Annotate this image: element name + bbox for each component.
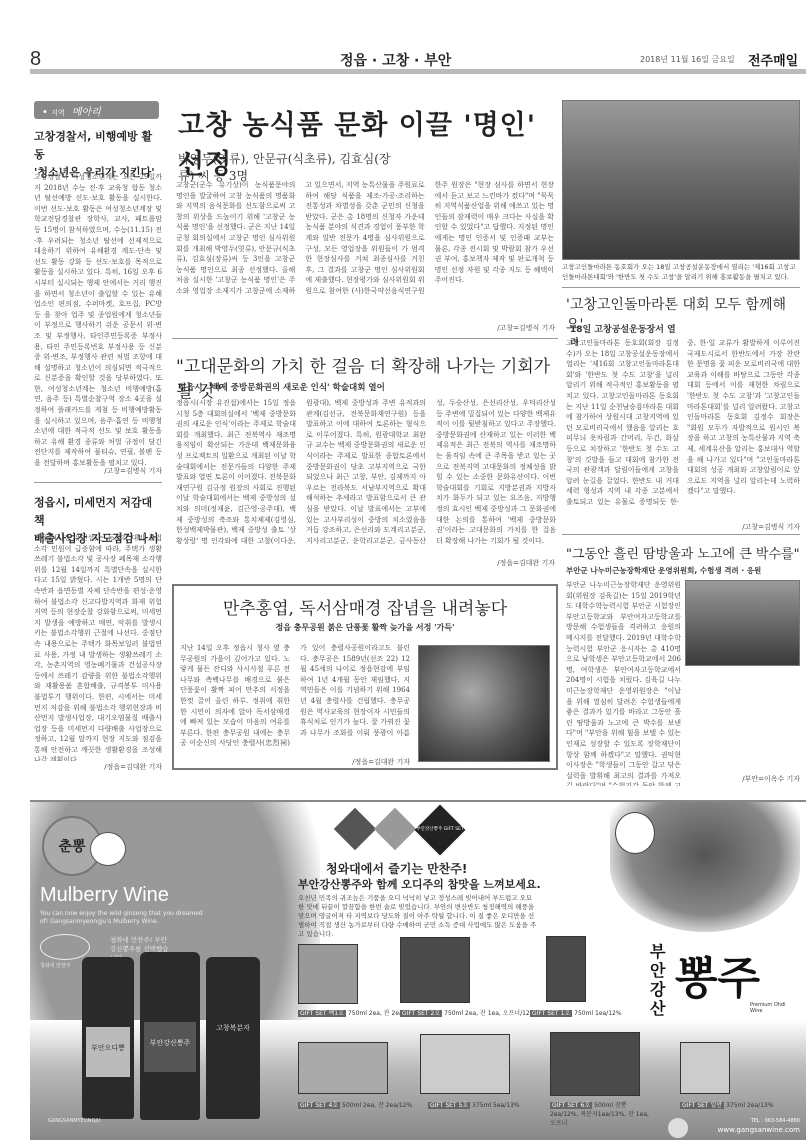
scholarship-article-body-cont [685,672,800,782]
scholarship-subheadline: 부안군 나누미근농장학재단 운영위원회, 수험생 격려 · 응원 [566,565,802,576]
culture-subheadline: 정읍시, '백제 중방문화권의 새로운 인식' 학술대회 열어 [178,381,398,393]
gift-set-box [298,944,358,1004]
marathon-photo [562,100,800,260]
gift-tag: GIFT SET 백1호 [298,1010,346,1017]
gift-set-box [546,936,586,1002]
company-website: www.gangsanwine.com [710,1126,800,1134]
gift-set-label: GIFT SET 5호375ml 5ea/13% [428,1100,520,1109]
ad-body: 오천년 민족의 귀조늪은 기품을 오디 넉넉히 넣고 정성스레 빚어내어 부드럽… [298,894,538,939]
calligraphy-big: 뽕주 [675,942,760,1006]
main-article-body: 고창군(군수 유기상)이 농식품문야의 명인을 발굴하여 고창 농식품의 명품화… [176,180,554,324]
gift-spec: 750ml 1ea/12% [574,1010,621,1017]
gift-spec: 375ml 5ea/13% [472,1102,519,1109]
byline: /정읍=김대완 기자 [430,558,555,568]
mulberry-diamond-icon [334,808,376,850]
divider [562,534,800,535]
bottle-label: 고창복분자 [210,1007,256,1057]
badge-title: 메아리 [72,107,101,118]
mascot-icon [615,812,655,854]
photo-caption: 고창고인돌마라톤 동호회가 오는 18일 고창공설운동장에서 열리는 '제16회… [562,263,800,282]
byline: /부안=이옥수 기자 [690,774,800,784]
premium-label: Premium Ohdi Wine [750,1002,790,1014]
gift-set-label: GIFT SET 6호500ml 참뽕2ea/12%, 복분자1ea/13%, … [550,1100,650,1127]
gift-spec: 500ml 2ea, 잔 2ea/12% [342,1102,412,1109]
bottle-label: 부안오디뽕 [86,1027,130,1077]
ad-headline2: 부안강산뽕주와 함께 오디주의 참맛을 느껴보세요. [298,876,541,892]
bottle-label: 부안강산뽕주 [144,1022,196,1072]
park-article-body: 지난 14일 오후 정읍시 청사 옆 충무공원의 가을이 깊어가고 있다. 노랗… [180,643,410,757]
gift-spec: 375ml 2ea/13% [726,1102,773,1109]
gift-set-label: GIFT SET 4호500ml 2ea, 잔 2ea/12% [298,1100,412,1109]
park-subheadline: 정읍 충무공원 붉은 단풍꽃 활짝 늦가을 서정 '가득' [180,622,550,633]
byline: /고창=김병식 기자 [680,522,800,532]
wine-bottle: 부안강산뽕주 [140,952,200,1120]
issue-date: 2018년 11월 16일 금요일 [640,54,735,65]
gift-spec: 750ml 2ea, 잔 1ea, 오프너/12% [444,1010,535,1017]
gift-set-box [680,1042,730,1094]
gift-set-label: GIFT SET 2호750ml 2ea, 잔 1ea, 오프너/12% [400,1008,535,1017]
section-title: 정읍 · 고창 · 부안 [340,50,451,70]
calligraphy-small: 부안강산 [650,942,670,1018]
divider [172,338,558,339]
byline: /정읍=김대완 기자 [330,757,410,767]
ad-tagline: You can now enjoy the wild ginseng that … [40,910,210,926]
header-rule [30,69,806,74]
gift-set-box [298,1042,388,1094]
byline: /정읍=김대완 기자 [34,762,162,772]
advertisement: 춘뽕 Mulberry Wine You can now enjoy the w… [30,800,806,1140]
divider [34,482,162,483]
column-badge: • 지역 메아리 [34,101,159,119]
park-headline: 만추홍엽, 독서삼매경 잡념을 내려놓다 [180,594,550,619]
byline: /고창=김병식 기자 [430,323,555,333]
gift-set-box [550,1032,640,1096]
gift-set-badge: 부안강산뽕주 GIFT SET [416,826,464,832]
gift-tag: GIFT SET 일반 [680,1102,724,1109]
culture-headline: "고대문화의 가치 한 걸음 더 확장해 나가는 기회가 될 것" [176,352,560,402]
ad-title: Mulberry Wine [40,884,169,907]
ad-headline1: 청와대에서 즐기는 만찬주! [326,860,467,877]
gift-tag: GIFT SET 6호 [550,1102,592,1109]
sidebar-article2-body: 정읍시(시장 유진섭)는 동절기 대비 불법소각 민원이 급증함에 따라, 주택… [34,533,162,761]
students-photo [685,580,800,666]
company-logo-icon [668,1118,688,1138]
gift-tag: GIFT SET 1호 [530,1010,572,1017]
wine-bottle: 부안오디뽕 [82,957,134,1119]
gift-tag: GIFT SET 4호 [298,1102,340,1109]
park-photo [418,645,550,762]
company-tel: TEL : 063-584-4880 [710,1118,800,1124]
main-subheadline: 박영두(엿류), 안문규(식초류), 김효심(장류) 씨 등 3명 [178,150,398,184]
page-number: 8 [30,48,41,71]
marathon-article-body: 고창고인돌마라톤 동호회(회장 김정수)가 오는 18일 고창공설운동장에서 열… [566,338,800,516]
sidebar-article1-body: 고창경찰서 여성청소년계는 오는 29일까지 2018년 수능 전·후 교육청 … [34,172,162,467]
headline-line: 고창경찰서, 비행예방 활동 [34,128,162,164]
badge-small: 지역 [51,109,65,117]
byline: /고창=김병식 기자 [34,466,162,476]
gift-tag: GIFT SET 2호 [400,1010,442,1017]
culture-article-body: 정읍시(시장 유진섭)에서는 15일 정읍시청 5층 대회의실에서 '백제 중방… [176,398,556,556]
newspaper-name: 전주매일 [748,50,798,69]
wine-bottle: 고창복분자 [206,957,260,1119]
bluehouse-emblem-icon [40,934,90,960]
gift-set-label: GIFT SET 1호750ml 1ea/12% [530,1008,622,1017]
gift-set-box [400,937,470,1003]
divider [562,287,800,288]
mulberry-diamond-icon [374,808,416,850]
gift-set-label: GIFT SET 일반375ml 2ea/13% [680,1100,774,1109]
company-name: GANGSANMYEONGJU [48,1118,101,1124]
bluehouse-caption: 청와대 만찬주 [40,962,71,969]
badge-bullet-icon: • [42,107,48,118]
gift-tag: GIFT SET 5호 [428,1102,470,1109]
gift-set-box [420,1034,510,1094]
scholarship-article-body: 부안군 나누미근농장학재단 운영위원회(위원장 김육길)는 15일 2019학년… [566,580,681,786]
scholarship-headline: "그동안 흘린 땀방울과 노고에 큰 박수를" [566,543,802,562]
headline-line: 정읍시, 미세먼지 저감대책 [34,494,162,530]
mascot-icon [90,832,126,866]
